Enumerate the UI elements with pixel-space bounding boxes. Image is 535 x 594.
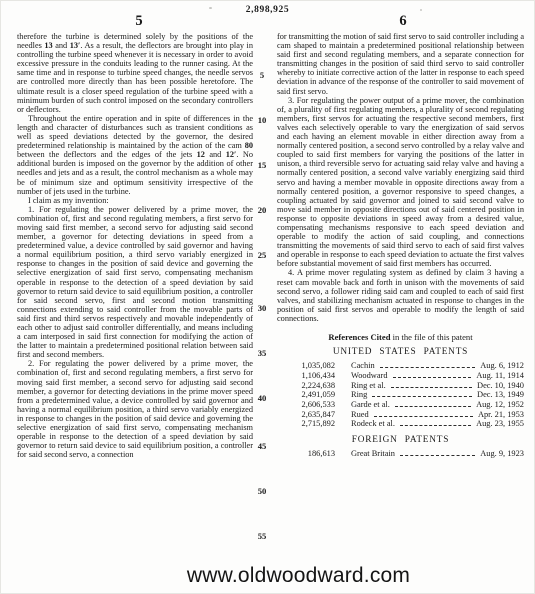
- reference-row: 2,224,638Ring et al.Dec. 10, 1940: [277, 381, 524, 391]
- reference-leader: [400, 454, 475, 456]
- watermark-url: www.oldwoodward.com: [63, 564, 534, 588]
- reference-name: Cachin: [351, 361, 375, 371]
- reference-row: 1,035,082CachinAug. 6, 1912: [277, 361, 524, 371]
- patent-paragraph: I claim as my invention:: [17, 196, 253, 205]
- reference-number: 186,613: [277, 449, 335, 459]
- references-heading-bold: References Cited: [328, 332, 390, 342]
- us-patents-heading: UNITED STATES PATENTS: [277, 348, 524, 357]
- page-number-right: 6: [393, 13, 413, 30]
- us-patents-table: 1,035,082CachinAug. 6, 19121,106,434Wood…: [277, 361, 524, 429]
- patent-paragraph: therefore the turbine is determined sole…: [17, 32, 253, 114]
- line-numbers-gutter: 510152025303540455055: [250, 1, 274, 594]
- reference-leader: [372, 395, 472, 397]
- references-heading: References Cited in the file of this pat…: [277, 333, 524, 342]
- foreign-patents-heading: FOREIGN PATENTS: [277, 436, 524, 445]
- right-column-text: for transmitting the motion of said firs…: [277, 32, 524, 323]
- reference-date: Dec. 13, 1949: [477, 390, 524, 400]
- reference-number: 2,606,533: [277, 400, 335, 410]
- line-number: 25: [250, 251, 274, 260]
- foreign-patents-table: 186,613Great BritainAug. 9, 1923: [277, 449, 524, 459]
- reference-number: 2,635,847: [277, 410, 335, 420]
- line-number: 50: [250, 487, 274, 496]
- reference-date: Dec. 10, 1940: [477, 381, 524, 391]
- patent-paragraph: 3. For regulating the power output of a …: [277, 96, 524, 269]
- line-number: 5: [250, 71, 274, 80]
- reference-leader: [400, 424, 471, 426]
- reference-leader: [374, 415, 473, 417]
- reference-number: 1,035,082: [277, 361, 335, 371]
- line-number: 20: [250, 206, 274, 215]
- reference-name: Rodeck et al.: [351, 419, 395, 429]
- reference-row: 2,715,892Rodeck et al.Aug. 23, 1955: [277, 419, 524, 429]
- patent-paragraph: 4. A prime mover regulating system as de…: [277, 268, 524, 323]
- reference-date: Aug. 9, 1923: [480, 449, 524, 459]
- line-number: 35: [250, 349, 274, 358]
- line-number: 30: [250, 304, 274, 313]
- reference-date: Apr. 21, 1953: [478, 410, 524, 420]
- page-number-left: 5: [129, 13, 149, 30]
- line-number: 10: [250, 116, 274, 125]
- line-number: 15: [250, 161, 274, 170]
- reference-date: Aug. 11, 1914: [476, 371, 524, 381]
- reference-row: 1,106,434WoodwardAug. 11, 1914: [277, 371, 524, 381]
- reference-name: Ring: [351, 390, 367, 400]
- reference-date: Aug. 12, 1952: [476, 400, 524, 410]
- reference-number: 1,106,434: [277, 371, 335, 381]
- line-number: 40: [250, 394, 274, 403]
- reference-row: 2,635,847RuedApr. 21, 1953: [277, 410, 524, 420]
- line-number: 55: [250, 532, 274, 541]
- right-column: for transmitting the motion of said firs…: [277, 32, 524, 459]
- reference-leader: [393, 376, 472, 378]
- reference-date: Aug. 6, 1912: [480, 361, 524, 371]
- reference-number: 2,491,059: [277, 390, 335, 400]
- left-column: therefore the turbine is determined sole…: [17, 32, 253, 459]
- patent-page: 2,898,925 5 6 510152025303540455055 ther…: [0, 0, 535, 594]
- reference-leader: [380, 366, 476, 368]
- reference-name: Great Britain: [351, 449, 395, 459]
- reference-name: Garde et al.: [351, 400, 390, 410]
- references-section: References Cited in the file of this pat…: [277, 333, 524, 459]
- patent-paragraph: Throughout the entire operation and in s…: [17, 114, 253, 196]
- reference-number: 2,224,638: [277, 381, 335, 391]
- reference-number: 2,715,892: [277, 419, 335, 429]
- reference-row: 2,491,059RingDec. 13, 1949: [277, 390, 524, 400]
- reference-leader: [391, 386, 472, 388]
- patent-paragraph: for transmitting the motion of said firs…: [277, 32, 524, 96]
- line-number: 45: [250, 442, 274, 451]
- reference-row: 2,606,533Garde et al.Aug. 12, 1952: [277, 400, 524, 410]
- patent-paragraph: 1. For regulating the power delivered by…: [17, 205, 253, 360]
- reference-date: Aug. 23, 1955: [476, 419, 524, 429]
- reference-name: Ring et al.: [351, 381, 386, 391]
- reference-leader: [395, 405, 471, 407]
- patent-paragraph: 2. For regulating the power delivered by…: [17, 359, 253, 459]
- reference-name: Woodward: [351, 371, 388, 381]
- reference-name: Rued: [351, 410, 369, 420]
- reference-row: 186,613Great BritainAug. 9, 1923: [277, 449, 524, 459]
- references-heading-rest: in the file of this patent: [391, 332, 473, 342]
